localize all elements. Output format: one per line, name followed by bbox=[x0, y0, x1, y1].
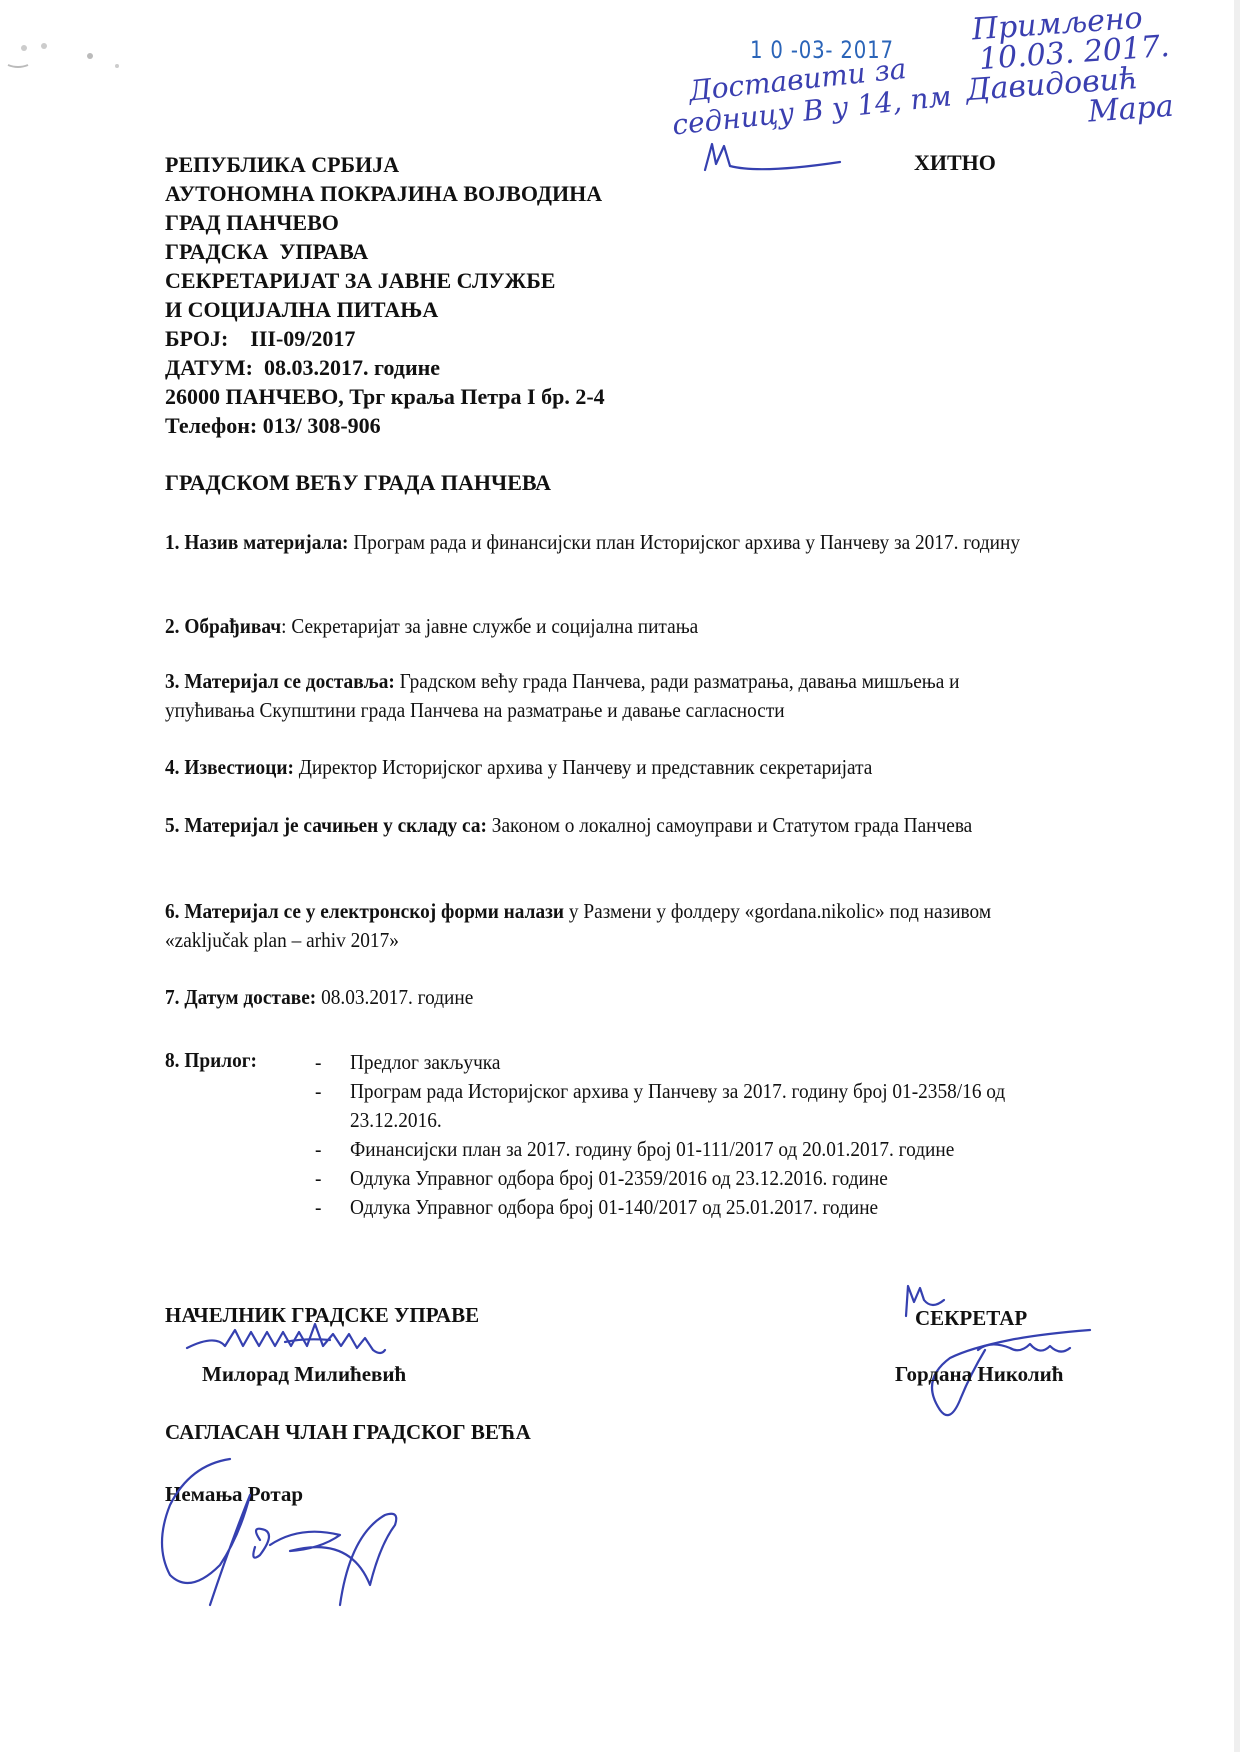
letterhead-line: ГРАДСКА УПРАВА bbox=[165, 237, 605, 266]
attachments-list: -Предлог закључка - Програм рада Историј… bbox=[315, 1048, 1051, 1222]
urgent-label: ХИТНО bbox=[914, 150, 996, 176]
attachment-item: -Финансијски план за 2017. годину број 0… bbox=[315, 1135, 1051, 1164]
phone: Телефон: 013/ 308-906 bbox=[165, 411, 605, 440]
attachment-item: -Предлог закључка bbox=[315, 1048, 1051, 1077]
letterhead-line: РЕПУБЛИКА СРБИЈА bbox=[165, 150, 605, 179]
letterhead-line: И СОЦИЈАЛНА ПИТАЊА bbox=[165, 295, 605, 324]
item-processor: 2. Обрађивач: Секретаријат за јавне служ… bbox=[165, 612, 1030, 641]
attachment-item: -Одлука Управног одбора број 01-140/2017… bbox=[315, 1193, 1051, 1222]
scan-artifact bbox=[0, 40, 140, 100]
attachment-item: - Програм рада Историјског архива у Панч… bbox=[315, 1077, 1051, 1135]
item-legal-basis: 5. Материјал је сачињен у складу са: Зак… bbox=[165, 811, 1030, 840]
item-electronic-form: 6. Материјал се у електронској форми нал… bbox=[165, 897, 1030, 955]
council-member-signature bbox=[150, 1455, 410, 1605]
attachments-label: 8. Прилог: bbox=[165, 1048, 257, 1073]
item-delivery-date: 7. Датум доставе: 08.03.2017. године bbox=[165, 983, 1030, 1012]
letterhead-line: СЕКРЕТАРИЈАТ ЗА ЈАВНЕ СЛУЖБЕ bbox=[165, 266, 605, 295]
item-delivered-to: 3. Материјал се доставља: Градском већу … bbox=[165, 667, 1030, 725]
item-material-name: 1. Назив материјала: Програм рада и фина… bbox=[165, 528, 1030, 557]
handwritten-note-left: Доставити за седницу В у 14, пм bbox=[687, 49, 953, 140]
council-member-title: САГЛАСАН ЧЛАН ГРАДСКОГ ВЕЋА bbox=[165, 1420, 531, 1445]
recipient: ГРАДСКОМ ВЕЋУ ГРАДА ПАНЧЕВА bbox=[165, 470, 551, 496]
letterhead-line: АУТОНОМНА ПОКРАЈИНА ВОЈВОДИНА bbox=[165, 179, 605, 208]
document-date: ДАТУМ: 08.03.2017. године bbox=[165, 353, 605, 382]
handwritten-note-right: Примљено 10.03. 2017. Давидовић Мара bbox=[931, 2, 1175, 138]
letterhead: РЕПУБЛИКА СРБИЈА АУТОНОМНА ПОКРАЈИНА ВОЈ… bbox=[165, 150, 605, 440]
letterhead-line: ГРАД ПАНЧЕВО bbox=[165, 208, 605, 237]
head-name: Милорад Милићевић bbox=[202, 1362, 406, 1387]
attachment-item: -Одлука Управног одбора број 01-2359/201… bbox=[315, 1164, 1051, 1193]
secretary-name: Гордана Николић bbox=[895, 1362, 1063, 1387]
item-rapporteurs: 4. Известиоци: Директор Историјског архи… bbox=[165, 753, 1030, 782]
scan-edge bbox=[1234, 0, 1240, 1752]
document-number: БРОЈ: III-09/2017 bbox=[165, 324, 605, 353]
address: 26000 ПАНЧЕВО, Трг краља Петра I бр. 2-4 bbox=[165, 382, 605, 411]
initials-scribble-top bbox=[700, 140, 850, 180]
